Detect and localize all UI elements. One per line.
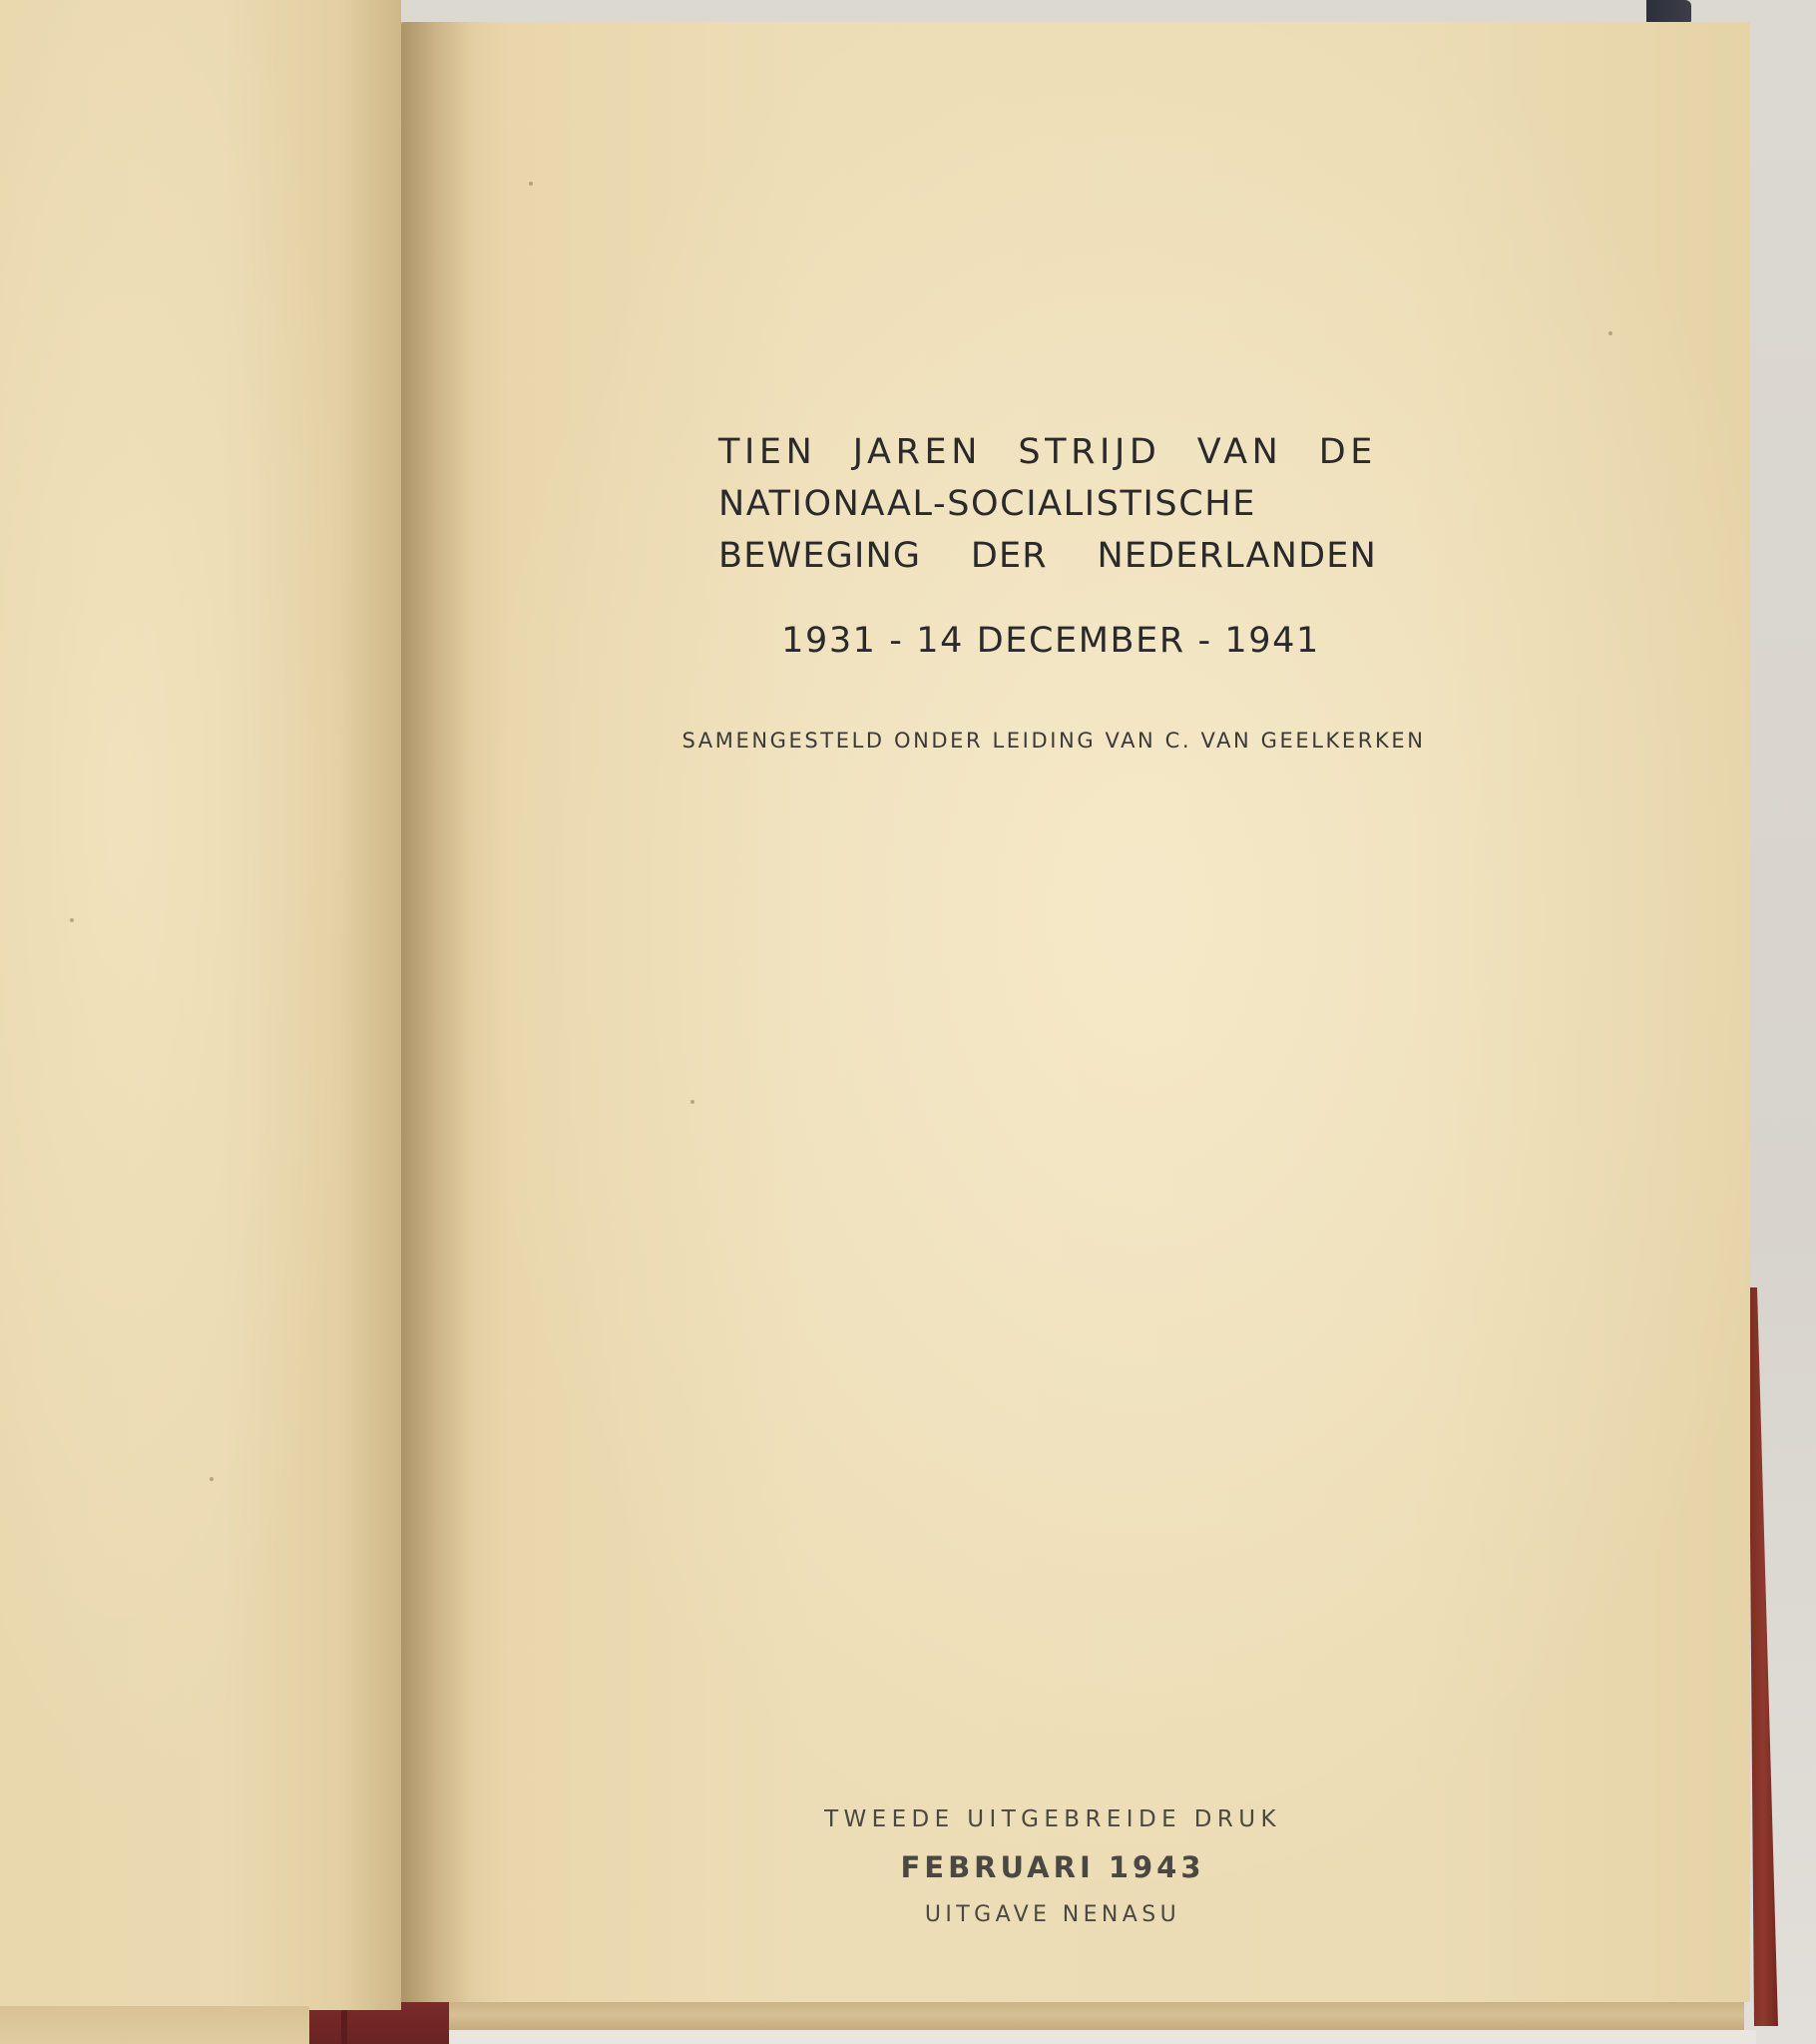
left-page-blank [0, 0, 401, 2010]
paper-speck [210, 1477, 214, 1481]
title-page: TIEN JAREN STRIJD VAN DE NATIONAAL-SOCIA… [401, 22, 1750, 2002]
paper-speck [70, 918, 74, 922]
photo-background-strip [339, 2030, 1756, 2044]
edition-statement: TWEEDE UITGEBREIDE DRUK [810, 1806, 1295, 1832]
title-date-range: 1931 - 14 DECEMBER - 1941 [756, 621, 1345, 661]
title-line-3: BEWEGING DER NEDERLANDEN [718, 530, 1377, 582]
compiled-by-line: SAMENGESTELD ONDER LEIDING VAN C. VAN GE… [587, 729, 1521, 753]
paper-speck [529, 182, 533, 186]
paper-speck [1608, 331, 1612, 335]
title-line-2: NATIONAAL-SOCIALISTISCHE [718, 478, 1377, 530]
book-title: TIEN JAREN STRIJD VAN DE NATIONAAL-SOCIA… [718, 426, 1377, 582]
title-line-1: TIEN JAREN STRIJD VAN DE [718, 426, 1377, 478]
publication-date: FEBRUARI 1943 [810, 1850, 1295, 1884]
paper-speck [690, 1100, 694, 1104]
publisher-name: UITGAVE NENASU [810, 1902, 1295, 1927]
left-page-bottom-edge [0, 2006, 309, 2044]
title-block: TIEN JAREN STRIJD VAN DE NATIONAAL-SOCIA… [401, 22, 1750, 2002]
page-block-bottom-edge [447, 2000, 1744, 2034]
